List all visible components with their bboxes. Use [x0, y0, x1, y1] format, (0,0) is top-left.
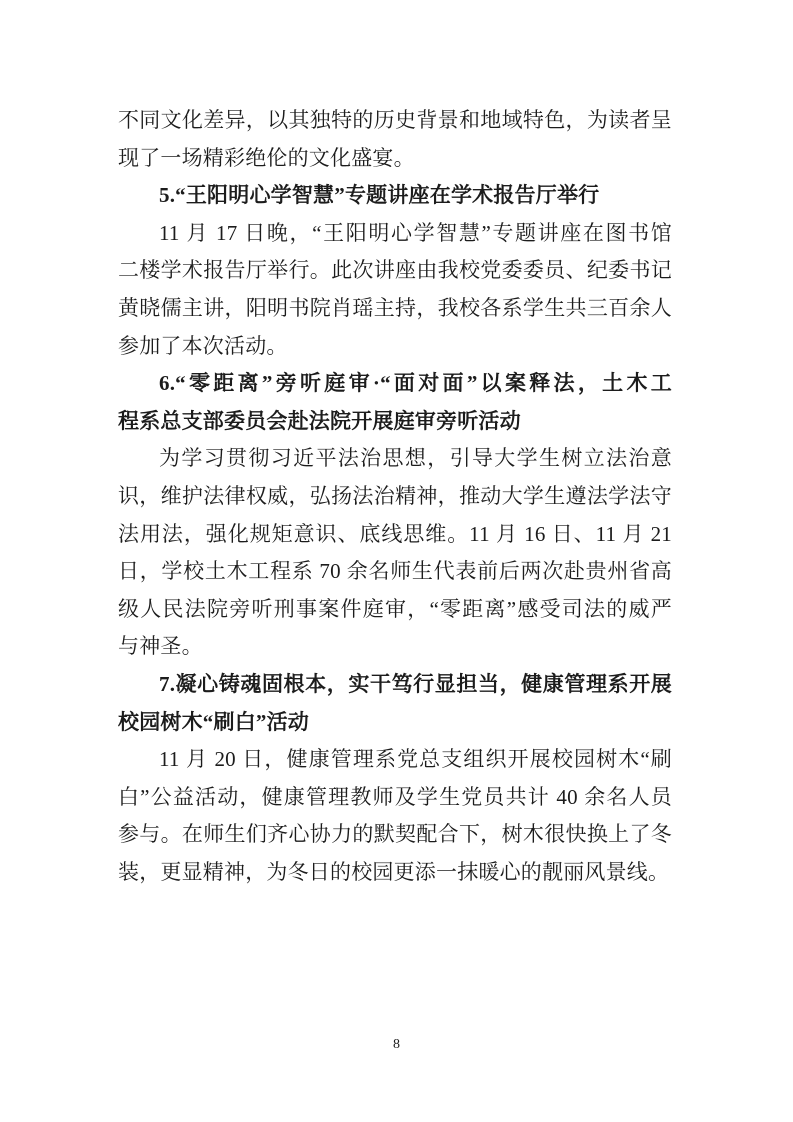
text-line: 参与。在师生们齐心协力的默契配合下，树木很快换上了冬	[118, 816, 672, 854]
text-line: 二楼学术报告厅举行。此次讲座由我校党委委员、纪委书记	[118, 252, 672, 290]
text-line: 参加了本次活动。	[118, 328, 672, 366]
text-line: 不同文化差异，以其独特的历史背景和地域特色，为读者呈	[118, 102, 672, 140]
text-line: 11 月 20 日，健康管理系党总支组织开展校园树木“刷	[118, 741, 672, 779]
text-line: 5.“王阳明心学智慧”专题讲座在学术报告厅举行	[118, 177, 672, 215]
text-line: 程系总支部委员会赴法院开展庭审旁听活动	[118, 403, 672, 441]
text-line: 白”公益活动，健康管理教师及学生党员共计 40 余名人员	[118, 779, 672, 817]
text-line: 6.“零距离”旁听庭审·“面对面”以案释法，土木工	[118, 365, 672, 403]
document-content: 不同文化差异，以其独特的历史背景和地域特色，为读者呈现了一场精彩绝伦的文化盛宴。…	[118, 102, 672, 891]
text-line: 黄晓儒主讲，阳明书院肖瑶主持，我校各系学生共三百余人	[118, 290, 672, 328]
text-line: 现了一场精彩绝伦的文化盛宴。	[118, 140, 672, 178]
paragraph: 11 月 20 日，健康管理系党总支组织开展校园树木“刷白”公益活动，健康管理教…	[118, 741, 672, 891]
section-heading: 5.“王阳明心学智慧”专题讲座在学术报告厅举行	[118, 177, 672, 215]
document-page: 不同文化差异，以其独特的历史背景和地域特色，为读者呈现了一场精彩绝伦的文化盛宴。…	[0, 0, 793, 1122]
text-line: 11 月 17 日晚，“王阳明心学智慧”专题讲座在图书馆	[118, 215, 672, 253]
section-heading: 7.凝心铸魂固根本，实干笃行显担当，健康管理系开展校园树木“刷白”活动	[118, 666, 672, 741]
page-number: 8	[0, 1035, 793, 1055]
section-heading: 6.“零距离”旁听庭审·“面对面”以案释法，土木工程系总支部委员会赴法院开展庭审…	[118, 365, 672, 440]
text-line: 日，学校土木工程系 70 余名师生代表前后两次赴贵州省高	[118, 553, 672, 591]
text-line: 为学习贯彻习近平法治思想，引导大学生树立法治意	[118, 440, 672, 478]
paragraph: 为学习贯彻习近平法治思想，引导大学生树立法治意识，维护法律权威，弘扬法治精神，推…	[118, 440, 672, 666]
paragraph: 11 月 17 日晚，“王阳明心学智慧”专题讲座在图书馆二楼学术报告厅举行。此次…	[118, 215, 672, 365]
paragraph: 不同文化差异，以其独特的历史背景和地域特色，为读者呈现了一场精彩绝伦的文化盛宴。	[118, 102, 672, 177]
text-line: 识，维护法律权威，弘扬法治精神，推动大学生遵法学法守	[118, 478, 672, 516]
text-line: 装，更显精神，为冬日的校园更添一抹暖心的靓丽风景线。	[118, 854, 672, 892]
text-line: 7.凝心铸魂固根本，实干笃行显担当，健康管理系开展	[118, 666, 672, 704]
text-line: 与神圣。	[118, 628, 672, 666]
text-line: 级人民法院旁听刑事案件庭审，“零距离”感受司法的威严	[118, 591, 672, 629]
text-line: 校园树木“刷白”活动	[118, 704, 672, 742]
text-line: 法用法，强化规矩意识、底线思维。11 月 16 日、11 月 21	[118, 516, 672, 554]
